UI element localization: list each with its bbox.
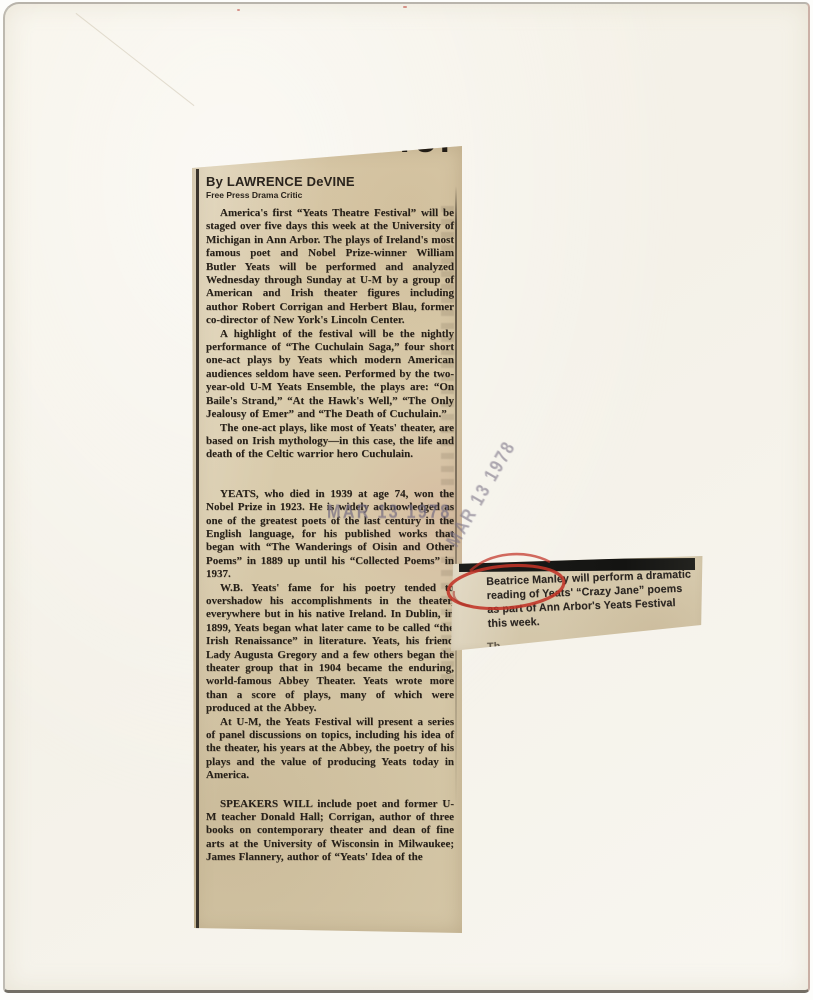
red-speck: [237, 9, 240, 11]
column-rule-right: [455, 186, 458, 806]
red-speck: [403, 6, 407, 8]
article-paragraph: A highlight of the festival will be the …: [206, 328, 454, 422]
article-paragraph: At U-M, the Yeats Festival will present …: [206, 716, 454, 783]
clipping-article: First for By LAWRENCE DeVINE Free Press …: [192, 146, 462, 933]
paper-crease: [76, 13, 195, 106]
article-paragraph: W.B. Yeats' fame for his poetry tended t…: [206, 582, 454, 716]
date-stamp-horizontal: MAR 13 1978: [327, 503, 451, 522]
article-paragraph: The one-act plays, like most of Yeats' t…: [206, 422, 454, 462]
byline-role: Free Press Drama Critic: [206, 190, 454, 200]
article-paragraph: America's first “Yeats Theatre Festival”…: [206, 207, 454, 328]
column-rule-left: [196, 169, 199, 929]
red-pen-circle-annotation: [440, 547, 612, 619]
byline: By LAWRENCE DeVINE: [206, 174, 454, 189]
article-paragraph: SPEAKERS WILL include poet and former U-…: [206, 798, 454, 865]
